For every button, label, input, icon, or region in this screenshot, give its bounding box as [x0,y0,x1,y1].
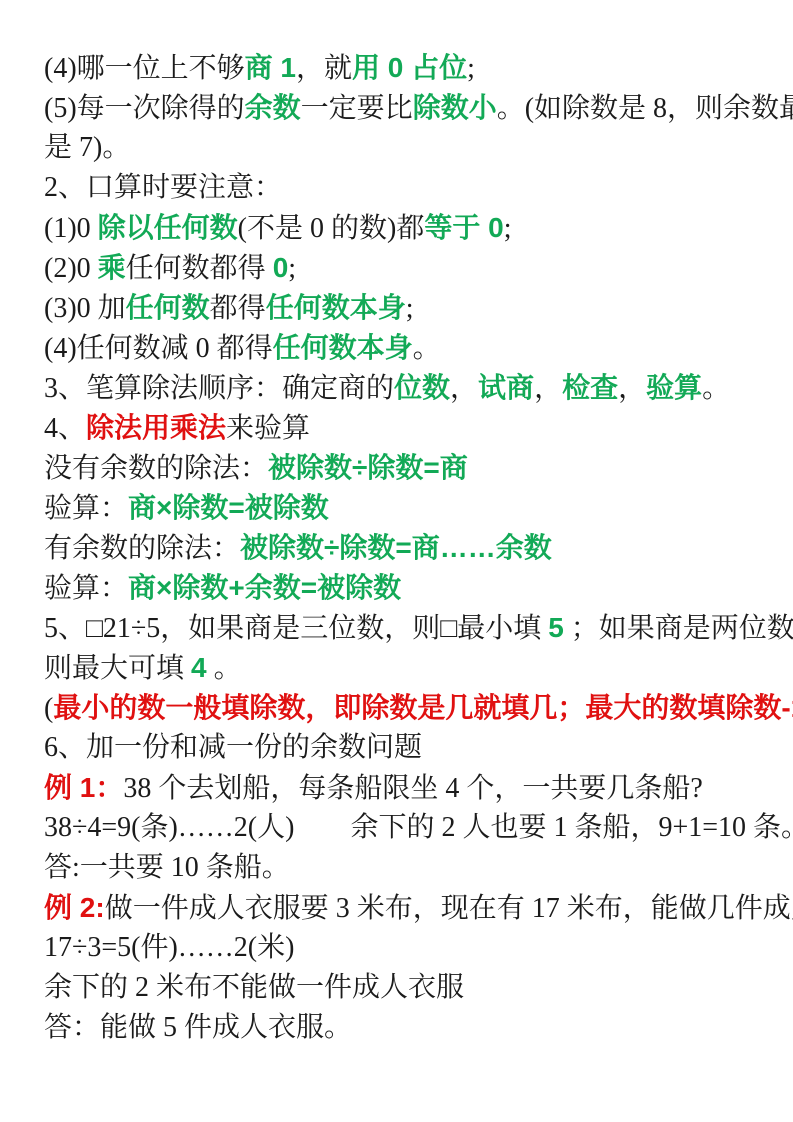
text-line: 例 2:做一件成人衣服要 3 米布，现在有 17 米布，能做几件成人衣服? [44,888,756,928]
text-line: 答:一共要 10 条船。 [44,848,756,888]
text-segment-black: 38 个去划船，每条船限坐 4 个，一共要几条船? [123,773,702,804]
text-line: 没有余数的除法：被除数÷除数=商 [44,448,756,488]
text-segment-green: 余数 [245,92,301,123]
text-segment-green: 任何数本身 [266,292,406,323]
text-line: 验算：商×除数=被除数 [44,488,756,528]
text-segment-black: ; [467,53,475,84]
text-segment-black: 2、口算时要注意： [44,172,282,203]
text-segment-black: 来验算 [226,413,310,444]
text-segment-green: 商×除数+余数=被除数 [128,572,401,603]
text-segment-black: ; [406,293,414,324]
text-segment-green: 位数 [394,372,450,403]
text-line: 38÷4=9(条)……2(人) 余下的 2 人也要 1 条船，9+1=10 条。 [44,808,756,848]
text-segment-black: 6、加一份和减一份的余数问题 [44,732,422,763]
text-segment-black: 没有余数的除法： [44,453,268,484]
text-segment-green: 除数小 [413,92,497,123]
text-line: (4)哪一位上不够商 1，就用 0 占位; [44,48,756,88]
text-line: 余下的 2 米布不能做一件成人衣服 [44,968,756,1008]
text-line: 5、□21÷5，如果商是三位数，则□最小填 5 ；如果商是两位数， [44,608,756,648]
text-segment-black: 17÷3=5(件)……2(米) [44,932,294,963]
text-segment-red: 除法用乘法 [86,412,226,443]
text-segment-black: 一定要比 [301,93,413,124]
text-segment-black: ，就 [296,53,352,84]
text-segment-green: 任何数本身 [273,332,413,363]
text-line: 例 1：38 个去划船，每条船限坐 4 个，一共要几条船? [44,768,756,808]
text-segment-black: 。(如除数是 8，则余数最大 [497,93,793,124]
text-segment-black: 38÷4=9(条)……2(人) 余下的 2 人也要 1 条船，9+1=10 条。 [44,812,793,843]
text-segment-green: 商 1 [245,52,296,83]
text-segment-black: 验算： [44,573,128,604]
text-segment-black: ( [44,693,53,724]
text-segment-black: ；如果商是两位数， [564,613,793,644]
text-line: 答：能做 5 件成人衣服。 [44,1008,756,1048]
text-segment-green: 除以任何数 [98,212,238,243]
text-line: (最小的数一般填除数，即除数是几就填几；最大的数填除数-1。) [44,688,756,728]
text-segment-black: 都得 [210,293,266,324]
text-line: 4、除法用乘法来验算 [44,408,756,448]
text-segment-black: 4、 [44,413,86,444]
text-segment-black: ; [288,253,296,284]
document-content: (4)哪一位上不够商 1，就用 0 占位;(5)每一次除得的余数一定要比除数小。… [44,48,756,1048]
text-segment-black: 3、笔算除法顺序：确定商的 [44,373,394,404]
text-segment-black: 是 7)。 [44,132,130,163]
text-line: 6、加一份和减一份的余数问题 [44,728,756,768]
text-segment-black: 验算： [44,493,128,524]
text-segment-green: 商×除数=被除数 [128,492,329,523]
text-segment-green: 0 [273,252,289,283]
text-line: (2)0 乘任何数都得 0; [44,248,756,288]
text-segment-black: 任何数都得 [126,253,273,284]
text-segment-black: (4)哪一位上不够 [44,53,245,84]
text-segment-red: 例 1： [44,772,123,803]
text-segment-black: ， [534,373,562,404]
text-segment-black: 做一件成人衣服要 3 米布，现在有 17 米布，能做几件成人衣服? [105,893,793,924]
text-segment-green: 被除数÷除数=商……余数 [240,532,552,563]
text-segment-black: (3)0 加 [44,293,126,324]
text-line: (1)0 除以任何数(不是 0 的数)都等于 0; [44,208,756,248]
text-line: 则最大可填 4 。 [44,648,756,688]
text-segment-red: 最小的数一般填除数，即除数是几就填几；最大的数填除数-1。 [53,692,793,723]
text-segment-green: 被除数÷除数=商 [268,452,468,483]
text-segment-black: ， [450,373,478,404]
text-line: (5)每一次除得的余数一定要比除数小。(如除数是 8，则余数最大 [44,88,756,128]
text-segment-red: 例 2: [44,892,105,923]
text-segment-black: 有余数的除法： [44,533,240,564]
text-segment-green: 试商 [478,372,534,403]
text-line: (4)任何数减 0 都得任何数本身。 [44,328,756,368]
text-line: 17÷3=5(件)……2(米) [44,928,756,968]
text-segment-black: (5)每一次除得的 [44,93,245,124]
text-segment-black: ; [504,213,512,244]
text-segment-green: 用 0 占位 [352,52,467,83]
text-segment-black: 。 [207,653,242,684]
text-segment-black: 5、□21÷5，如果商是三位数，则□最小填 [44,613,548,644]
text-segment-green: 5 [548,612,564,643]
text-segment-black: 。 [702,373,730,404]
text-segment-green: 4 [191,652,207,683]
text-segment-black: 则最大可填 [44,653,191,684]
text-segment-black: 余下的 2 米布不能做一件成人衣服 [44,972,464,1003]
text-segment-green: 验算 [646,372,702,403]
text-line: 3、笔算除法顺序：确定商的位数，试商，检查，验算。 [44,368,756,408]
text-segment-black: 答：能做 5 件成人衣服。 [44,1012,352,1043]
text-segment-green: 检查 [562,372,618,403]
text-segment-black: 。 [413,333,441,364]
document-page: (4)哪一位上不够商 1，就用 0 占位;(5)每一次除得的余数一定要比除数小。… [0,0,793,1122]
text-segment-black: (4)任何数减 0 都得 [44,333,273,364]
text-segment-green: 等于 0 [424,212,503,243]
text-line: 是 7)。 [44,128,756,168]
text-segment-black: (不是 0 的数)都 [238,213,425,244]
text-line: 2、口算时要注意： [44,168,756,208]
text-segment-green: 乘 [98,252,126,283]
text-segment-black: (1)0 [44,213,98,244]
text-segment-black: 答:一共要 10 条船。 [44,852,290,883]
text-segment-black: ， [618,373,646,404]
text-line: 有余数的除法：被除数÷除数=商……余数 [44,528,756,568]
text-line: (3)0 加任何数都得任何数本身; [44,288,756,328]
text-segment-green: 任何数 [126,292,210,323]
text-line: 验算：商×除数+余数=被除数 [44,568,756,608]
text-segment-black: (2)0 [44,253,98,284]
